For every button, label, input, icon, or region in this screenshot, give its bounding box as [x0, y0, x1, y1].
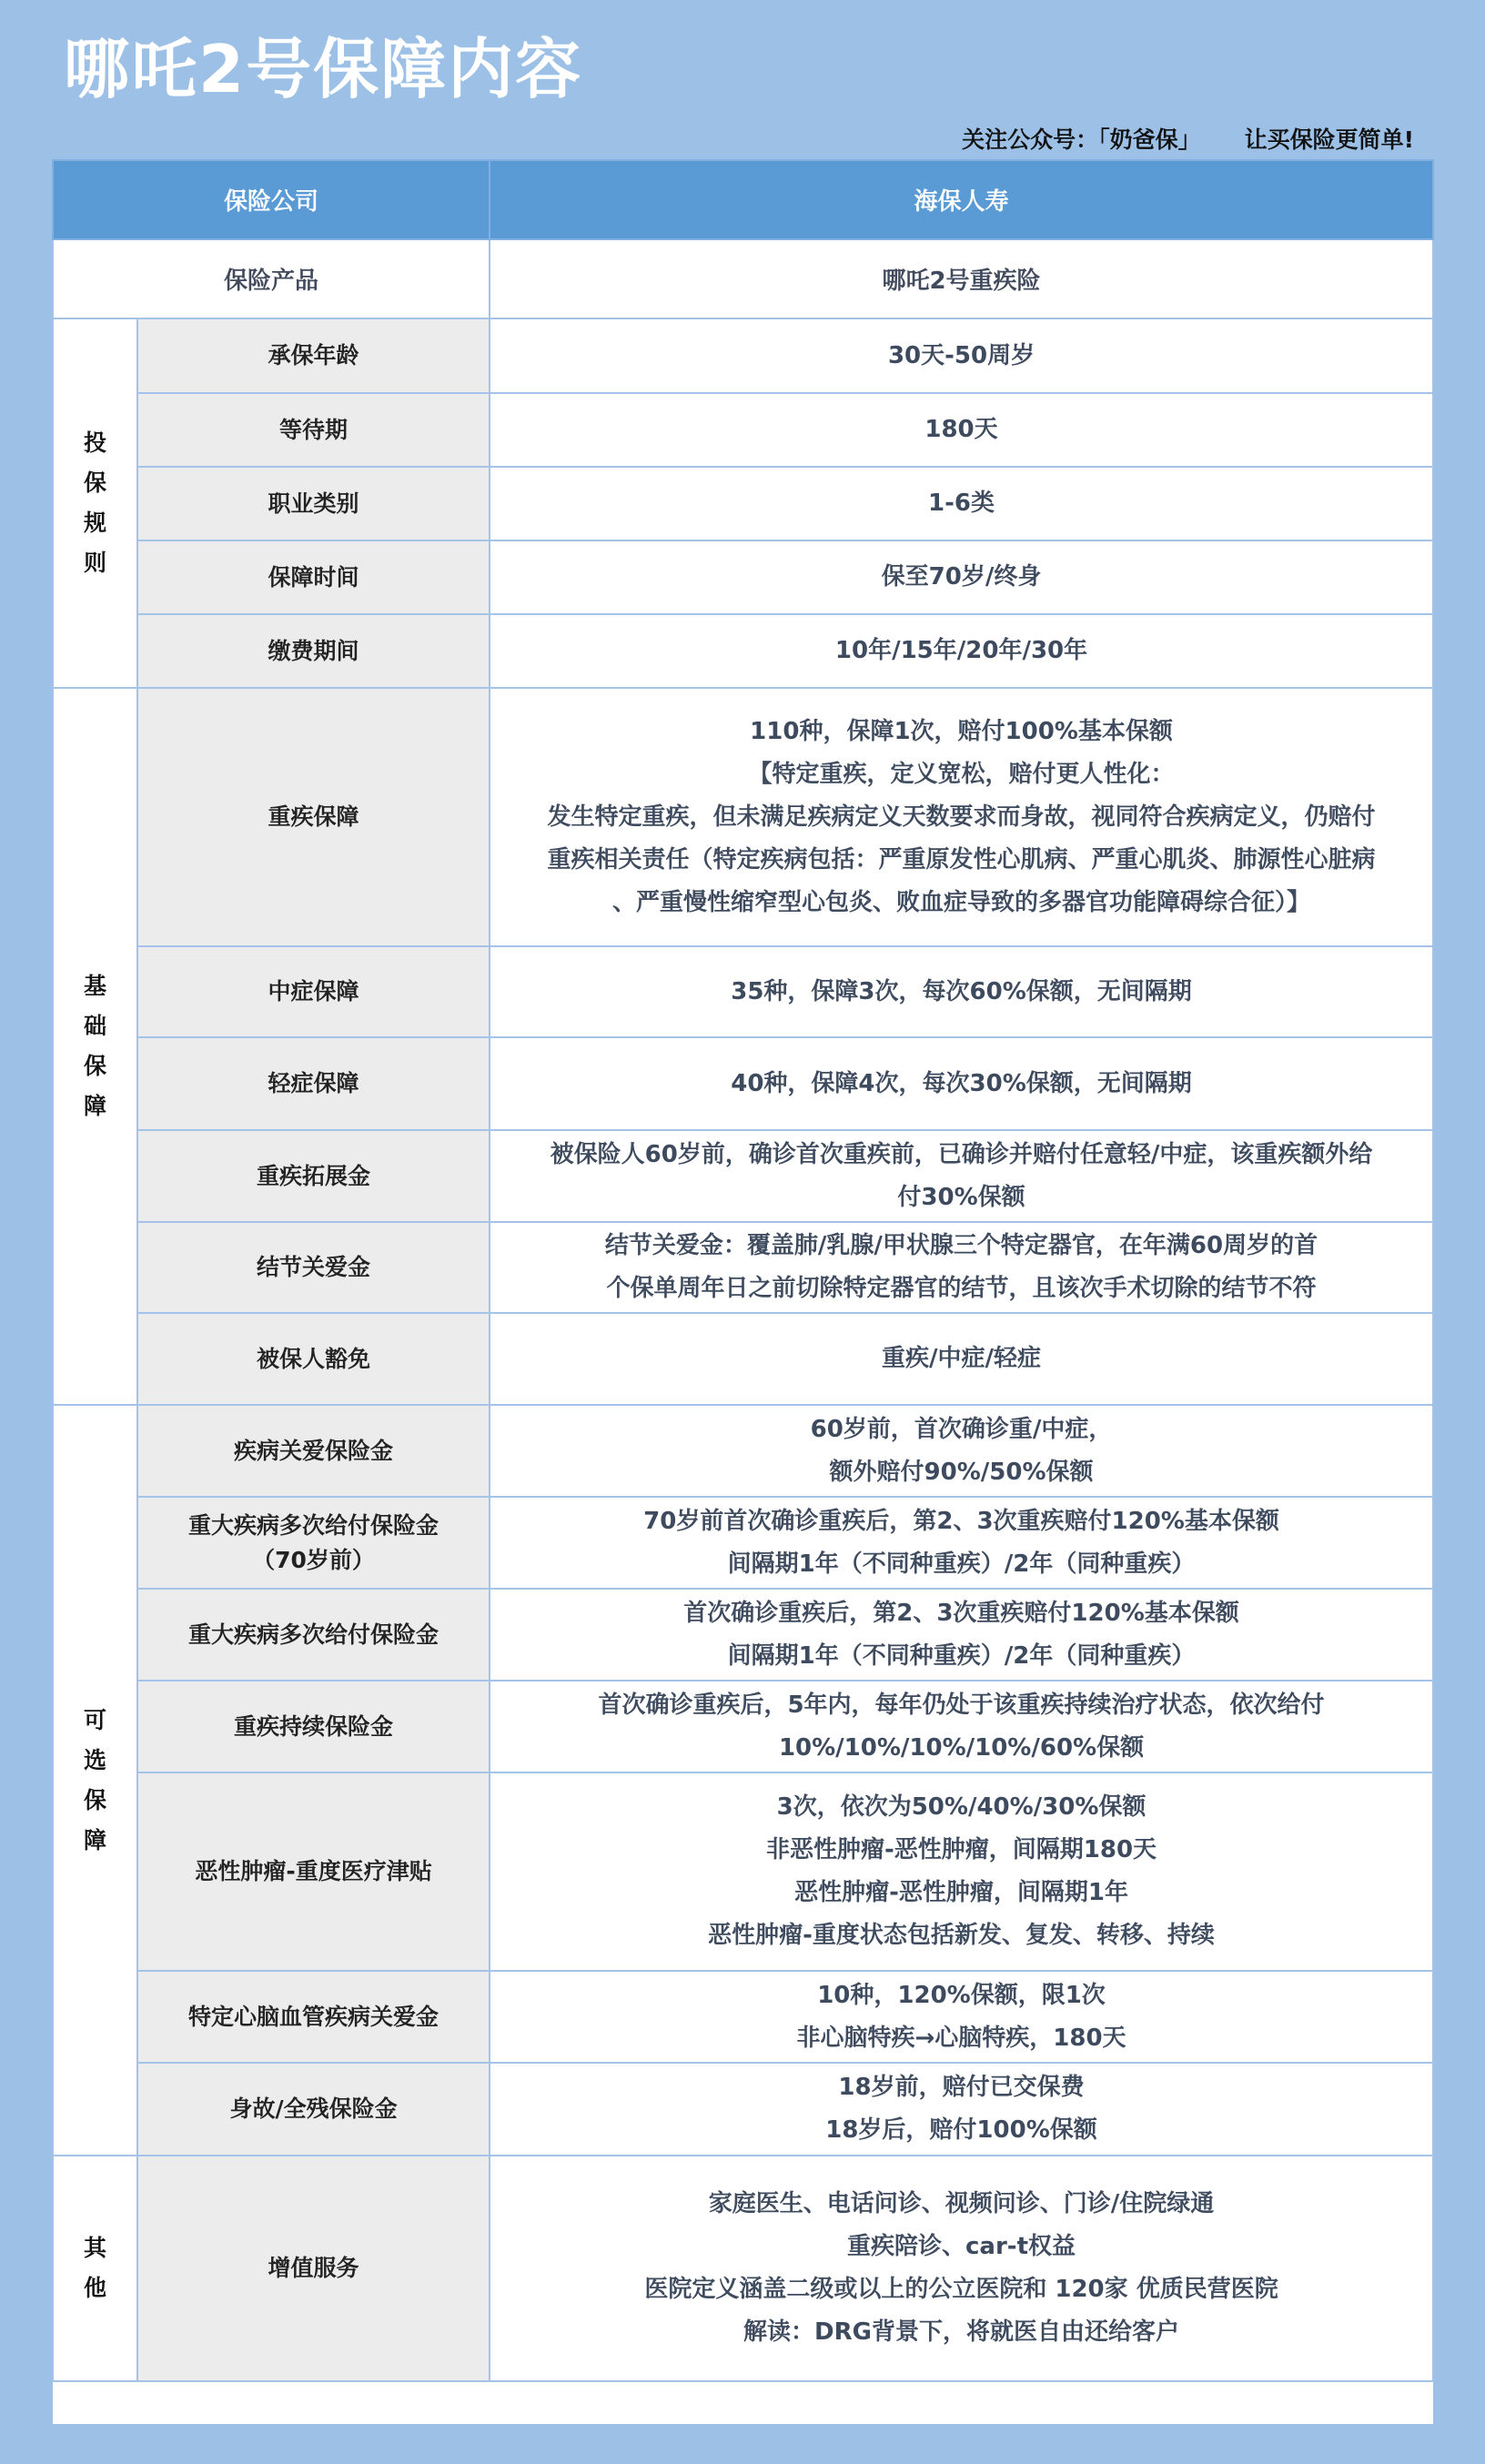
row-label: 轻症保障: [137, 1037, 490, 1130]
section-label-char: 投: [54, 423, 136, 463]
row-value: 110种，保障1次，赔付100%基本保额【特定重疾，定义宽松，赔付更人性化：发生…: [490, 688, 1433, 946]
row-value-line: 个保单周年日之前切除特定器官的结节，且该次手术切除的结节不符: [503, 1267, 1419, 1310]
row-value-line: 18岁前，赔付已交保费: [503, 2066, 1419, 2109]
row-value-line: 被保险人60岁前，确诊首次重疾前，已确诊并赔付任意轻/中症，该重疾额外给: [503, 1134, 1419, 1176]
section-label-char: 保: [54, 463, 136, 503]
row-label-line: 轻症保障: [151, 1066, 476, 1101]
row-value-line: 【特定重疾，定义宽松，赔付更人性化：: [503, 753, 1419, 796]
section-label: 其他: [53, 2156, 137, 2381]
row-value: 3次，依次为50%/40%/30%保额非恶性肿瘤-恶性肿瘤，间隔期180天恶性肿…: [490, 1772, 1433, 1971]
table-row: 结节关爱金结节关爱金：覆盖肺/乳腺/甲状腺三个特定器官，在年满60周岁的首个保单…: [53, 1222, 1433, 1313]
table-row: 基础保障重疾保障110种，保障1次，赔付100%基本保额【特定重疾，定义宽松，赔…: [53, 688, 1433, 946]
table-row: 身故/全残保险金18岁前，赔付已交保费18岁后，赔付100%保额: [53, 2063, 1433, 2156]
row-label: 重疾保障: [137, 688, 490, 946]
row-label-line: 重疾拓展金: [151, 1159, 476, 1194]
table-row: 特定心脑血管疾病关爱金10种，120%保额，限1次非心脑特疾→心脑特疾，180天: [53, 1971, 1433, 2063]
section-label-char: 障: [54, 1821, 136, 1861]
blank-footer-row: [53, 2381, 1433, 2424]
row-label: 重大疾病多次给付保险金: [137, 1589, 490, 1681]
row-value: 70岁前首次确诊重疾后，第2、3次重疾赔付120%基本保额间隔期1年（不同种重疾…: [490, 1497, 1433, 1589]
row-label: 重疾持续保险金: [137, 1681, 490, 1772]
row-value: 首次确诊重疾后，5年内，每年仍处于该重疾持续治疗状态，依次给付10%/10%/1…: [490, 1681, 1433, 1772]
row-value-line: 间隔期1年（不同种重疾）/2年（同种重疾）: [503, 1635, 1419, 1678]
row-value: 35种，保障3次，每次60%保额，无间隔期: [490, 946, 1433, 1037]
table-header-row: 保险公司 海保人寿: [53, 160, 1433, 239]
row-label: 中症保障: [137, 946, 490, 1037]
row-label-line: 重疾保障: [151, 800, 476, 834]
row-value-line: 3次，依次为50%/40%/30%保额: [503, 1786, 1419, 1829]
product-label: 保险产品: [53, 239, 490, 318]
row-value: 保至70岁/终身: [490, 540, 1433, 614]
section-label: 可选保障: [53, 1405, 137, 2156]
table-row: 职业类别1-6类: [53, 467, 1433, 540]
row-label: 疾病关爱保险金: [137, 1405, 490, 1497]
table-row: 等待期180天: [53, 393, 1433, 467]
row-value: 30天-50周岁: [490, 318, 1433, 393]
row-label: 结节关爱金: [137, 1222, 490, 1313]
row-label-line: 特定心脑血管疾病关爱金: [151, 2000, 476, 2035]
slogan: 关注公众号：「奶爸保」让买保险更简单!: [962, 122, 1414, 155]
row-value-line: 保至70岁/终身: [503, 556, 1419, 599]
follow-account-text: 关注公众号：「奶爸保」: [962, 126, 1201, 153]
section-label-char: 保: [54, 1046, 136, 1086]
coverage-table: 保险公司 海保人寿 保险产品 哪吒2号重疾险 投保规则承保年龄30天-50周岁等…: [52, 159, 1434, 2424]
row-label-line: 被保人豁免: [151, 1342, 476, 1377]
section-label-char: 他: [54, 2268, 136, 2308]
section-label: 基础保障: [53, 688, 137, 1405]
row-value: 180天: [490, 393, 1433, 467]
row-label: 身故/全残保险金: [137, 2063, 490, 2156]
row-label-line: 等待期: [151, 413, 476, 448]
row-label-line: 缴费期间: [151, 634, 476, 669]
row-value-line: 间隔期1年（不同种重疾）/2年（同种重疾）: [503, 1543, 1419, 1586]
row-label-line: 职业类别: [151, 487, 476, 521]
row-value-line: 110种，保障1次，赔付100%基本保额: [503, 711, 1419, 753]
section-label-char: 保: [54, 1781, 136, 1821]
row-value-line: 40种，保障4次，每次30%保额，无间隔期: [503, 1063, 1419, 1106]
row-value: 1-6类: [490, 467, 1433, 540]
row-value-line: 35种，保障3次，每次60%保额，无间隔期: [503, 971, 1419, 1014]
header-company-value: 海保人寿: [490, 160, 1433, 239]
row-label-line: 增值服务: [151, 2251, 476, 2286]
row-value-line: 恶性肿瘤-恶性肿瘤，间隔期1年: [503, 1872, 1419, 1914]
row-value-line: 家庭医生、电话问诊、视频问诊、门诊/住院绿通: [503, 2183, 1419, 2226]
row-value: 10种，120%保额，限1次非心脑特疾→心脑特疾，180天: [490, 1971, 1433, 2063]
row-value-line: 10年/15年/20年/30年: [503, 630, 1419, 672]
page-title: 哪吒2号保障内容: [64, 16, 582, 111]
row-value: 结节关爱金：覆盖肺/乳腺/甲状腺三个特定器官，在年满60周岁的首个保单周年日之前…: [490, 1222, 1433, 1313]
row-label: 缴费期间: [137, 614, 490, 688]
section-label-char: 础: [54, 1006, 136, 1046]
row-label: 特定心脑血管疾病关爱金: [137, 1971, 490, 2063]
row-value-line: 18岁后，赔付100%保额: [503, 2109, 1419, 2152]
section-label: 投保规则: [53, 318, 137, 688]
row-value: 60岁前，首次确诊重/中症，额外赔付90%/50%保额: [490, 1405, 1433, 1497]
table-row: 被保人豁免重疾/中症/轻症: [53, 1313, 1433, 1405]
row-value-line: 60岁前，首次确诊重/中症，: [503, 1409, 1419, 1451]
row-label: 承保年龄: [137, 318, 490, 393]
row-label-line: 重疾持续保险金: [151, 1710, 476, 1744]
row-value-line: 重疾/中症/轻症: [503, 1338, 1419, 1380]
row-label-line: 保障时间: [151, 560, 476, 595]
table-row: 重疾拓展金被保险人60岁前，确诊首次重疾前，已确诊并赔付任意轻/中症，该重疾额外…: [53, 1130, 1433, 1222]
row-label: 增值服务: [137, 2156, 490, 2381]
blank-footer-cell: [53, 2381, 1433, 2424]
row-value: 家庭医生、电话问诊、视频问诊、门诊/住院绿通重疾陪诊、car-t权益医院定义涵盖…: [490, 2156, 1433, 2381]
section-label-char: 则: [54, 543, 136, 583]
row-value: 18岁前，赔付已交保费18岁后，赔付100%保额: [490, 2063, 1433, 2156]
row-label: 职业类别: [137, 467, 490, 540]
row-value-line: 额外赔付90%/50%保额: [503, 1451, 1419, 1494]
row-value-line: 重疾相关责任（特定疾病包括：严重原发性心肌病、严重心肌炎、肺源性心脏病: [503, 839, 1419, 882]
row-value: 40种，保障4次，每次30%保额，无间隔期: [490, 1037, 1433, 1130]
row-label: 恶性肿瘤-重度医疗津贴: [137, 1772, 490, 1971]
row-label-line: 承保年龄: [151, 338, 476, 373]
row-value: 被保险人60岁前，确诊首次重疾前，已确诊并赔付任意轻/中症，该重疾额外给付30%…: [490, 1130, 1433, 1222]
row-value: 首次确诊重疾后，第2、3次重疾赔付120%基本保额间隔期1年（不同种重疾）/2年…: [490, 1589, 1433, 1681]
row-value-line: 医院定义涵盖二级或以上的公立医院和 120家 优质民营医院: [503, 2268, 1419, 2311]
row-value-line: 恶性肿瘤-重度状态包括新发、复发、转移、持续: [503, 1914, 1419, 1957]
tagline-text: 让买保险更简单!: [1245, 126, 1414, 153]
row-label-line: 重大疾病多次给付保险金: [151, 1618, 476, 1652]
row-value-line: 、严重慢性缩窄型心包炎、败血症导致的多器官功能障碍综合征）】: [503, 882, 1419, 924]
table-row: 其他增值服务家庭医生、电话问诊、视频问诊、门诊/住院绿通重疾陪诊、car-t权益…: [53, 2156, 1433, 2381]
section-label-char: 可: [54, 1701, 136, 1741]
row-value-line: 10种，120%保额，限1次: [503, 1974, 1419, 2017]
row-value-line: 首次确诊重疾后，5年内，每年仍处于该重疾持续治疗状态，依次给付: [503, 1684, 1419, 1727]
section-label-char: 障: [54, 1086, 136, 1126]
row-label: 等待期: [137, 393, 490, 467]
row-value: 10年/15年/20年/30年: [490, 614, 1433, 688]
table-row: 重大疾病多次给付保险金首次确诊重疾后，第2、3次重疾赔付120%基本保额间隔期1…: [53, 1589, 1433, 1681]
row-label-line: 重大疾病多次给付保险金: [151, 1509, 476, 1543]
row-label: 被保人豁免: [137, 1313, 490, 1405]
row-label-line: 疾病关爱保险金: [151, 1434, 476, 1469]
row-value-line: 发生特定重疾，但未满足疾病定义天数要求而身故，视同符合疾病定义，仍赔付: [503, 796, 1419, 839]
table-row: 重疾持续保险金首次确诊重疾后，5年内，每年仍处于该重疾持续治疗状态，依次给付10…: [53, 1681, 1433, 1772]
section-label-char: 基: [54, 966, 136, 1006]
table-row: 中症保障35种，保障3次，每次60%保额，无间隔期: [53, 946, 1433, 1037]
table-row: 保障时间保至70岁/终身: [53, 540, 1433, 614]
product-value: 哪吒2号重疾险: [490, 239, 1433, 318]
row-label: 重疾拓展金: [137, 1130, 490, 1222]
section-label-char: 规: [54, 503, 136, 543]
row-label-line: 结节关爱金: [151, 1250, 476, 1285]
row-value-line: 非恶性肿瘤-恶性肿瘤，间隔期180天: [503, 1829, 1419, 1872]
section-label-char: 选: [54, 1741, 136, 1781]
row-value-line: 10%/10%/10%/10%/60%保额: [503, 1727, 1419, 1770]
row-value-line: 1-6类: [503, 482, 1419, 525]
row-value-line: 首次确诊重疾后，第2、3次重疾赔付120%基本保额: [503, 1592, 1419, 1635]
table-row: 投保规则承保年龄30天-50周岁: [53, 318, 1433, 393]
row-label-line: 中症保障: [151, 974, 476, 1009]
row-value-line: 重疾陪诊、car-t权益: [503, 2226, 1419, 2268]
table-row: 恶性肿瘤-重度医疗津贴3次，依次为50%/40%/30%保额非恶性肿瘤-恶性肿瘤…: [53, 1772, 1433, 1971]
table-row: 缴费期间10年/15年/20年/30年: [53, 614, 1433, 688]
header-company-label: 保险公司: [53, 160, 490, 239]
table-row: 轻症保障40种，保障4次，每次30%保额，无间隔期: [53, 1037, 1433, 1130]
row-label-line: 恶性肿瘤-重度医疗津贴: [151, 1854, 476, 1889]
row-value-line: 付30%保额: [503, 1176, 1419, 1219]
table-row: 可选保障疾病关爱保险金60岁前，首次确诊重/中症，额外赔付90%/50%保额: [53, 1405, 1433, 1497]
row-label: 重大疾病多次给付保险金（70岁前）: [137, 1497, 490, 1589]
section-label-char: 其: [54, 2228, 136, 2268]
row-value: 重疾/中症/轻症: [490, 1313, 1433, 1405]
row-label-line: 身故/全残保险金: [151, 2092, 476, 2126]
table-row: 重大疾病多次给付保险金（70岁前）70岁前首次确诊重疾后，第2、3次重疾赔付12…: [53, 1497, 1433, 1589]
row-value-line: 解读：DRG背景下，将就医自由还给客户: [503, 2311, 1419, 2354]
product-row: 保险产品 哪吒2号重疾险: [53, 239, 1433, 318]
row-value-line: 70岁前首次确诊重疾后，第2、3次重疾赔付120%基本保额: [503, 1500, 1419, 1543]
row-value-line: 非心脑特疾→心脑特疾，180天: [503, 2017, 1419, 2060]
row-value-line: 结节关爱金：覆盖肺/乳腺/甲状腺三个特定器官，在年满60周岁的首: [503, 1225, 1419, 1267]
row-label-line: （70岁前）: [151, 1543, 476, 1578]
row-label: 保障时间: [137, 540, 490, 614]
row-value-line: 180天: [503, 409, 1419, 451]
row-value-line: 30天-50周岁: [503, 335, 1419, 378]
